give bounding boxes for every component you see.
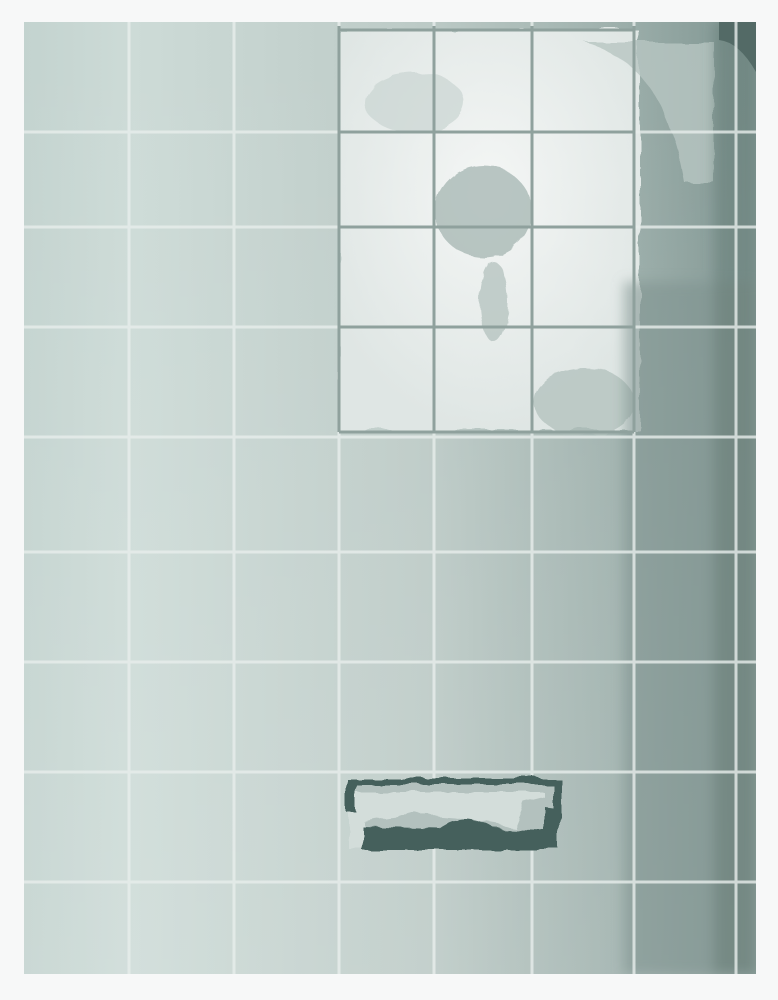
soap-niche xyxy=(346,778,560,850)
painting-artwork xyxy=(24,22,756,974)
watercolor-canvas xyxy=(24,22,756,974)
